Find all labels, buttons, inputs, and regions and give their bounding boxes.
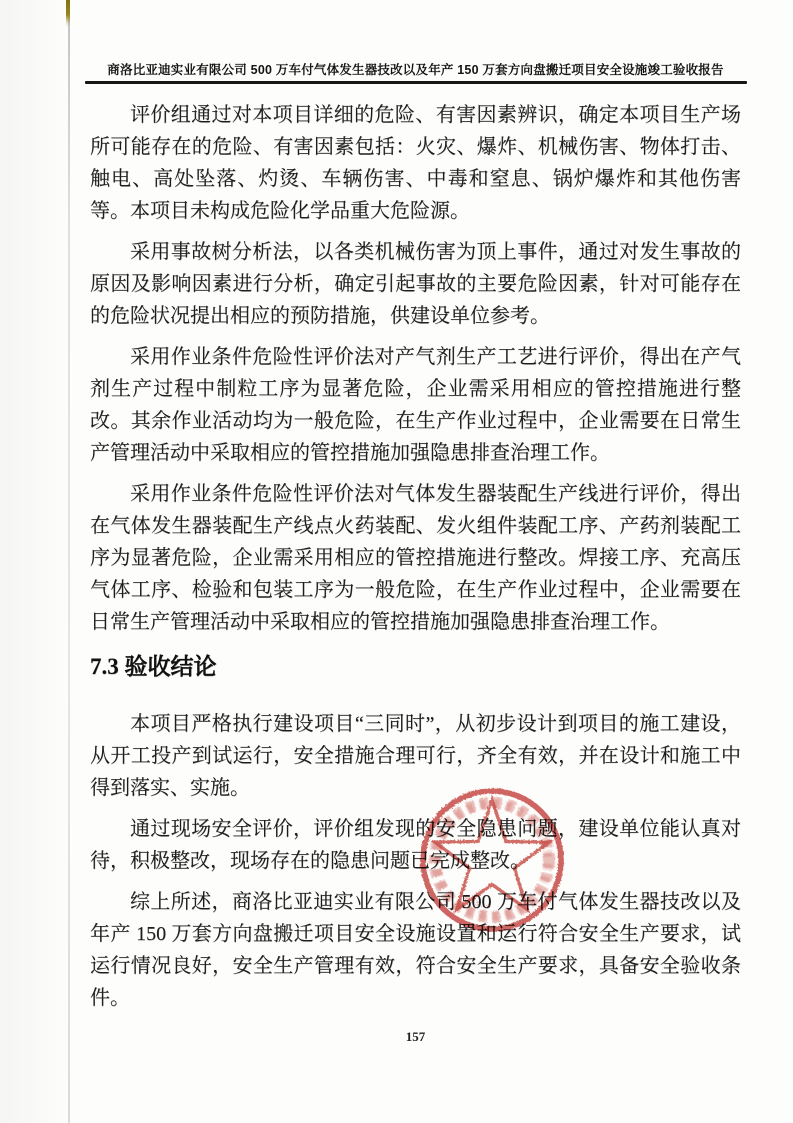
header-rule	[85, 81, 747, 84]
official-seal-stamp: S09314	[416, 784, 568, 936]
svg-text:S09314: S09314	[458, 891, 493, 910]
document-page: 商洛比亚迪实业有限公司 500 万车付气体发生器技改以及年产 150 万套方向盘…	[0, 0, 793, 1123]
body-paragraph: 采用作业条件危险性评价法对气体发生器装配生产线进行评价，得出在气体发生器装配生产…	[90, 478, 741, 638]
running-header-title: 商洛比亚迪实业有限公司 500 万车付气体发生器技改以及年产 150 万套方向盘…	[90, 60, 741, 78]
body-paragraph: 采用作业条件危险性评价法对产气剂生产工艺进行评价，得出在产气剂生产过程中制粒工序…	[90, 341, 741, 469]
section-heading: 7.3 验收结论	[90, 651, 741, 683]
scan-left-shade	[0, 0, 70, 1123]
body-paragraph: 评价组通过对本项目详细的危险、有害因素辨识，确定本项目生产场所可能存在的危险、有…	[90, 99, 741, 227]
seal-arc-code: S09314	[458, 891, 493, 910]
scan-edge-strip	[66, 0, 70, 27]
scan-edge-line	[68, 0, 70, 1123]
page-number: 157	[90, 1029, 741, 1045]
body-paragraph: 采用事故树分析法，以各类机械伤害为顶上事件，通过对发生事故的原因及影响因素进行分…	[90, 236, 741, 332]
